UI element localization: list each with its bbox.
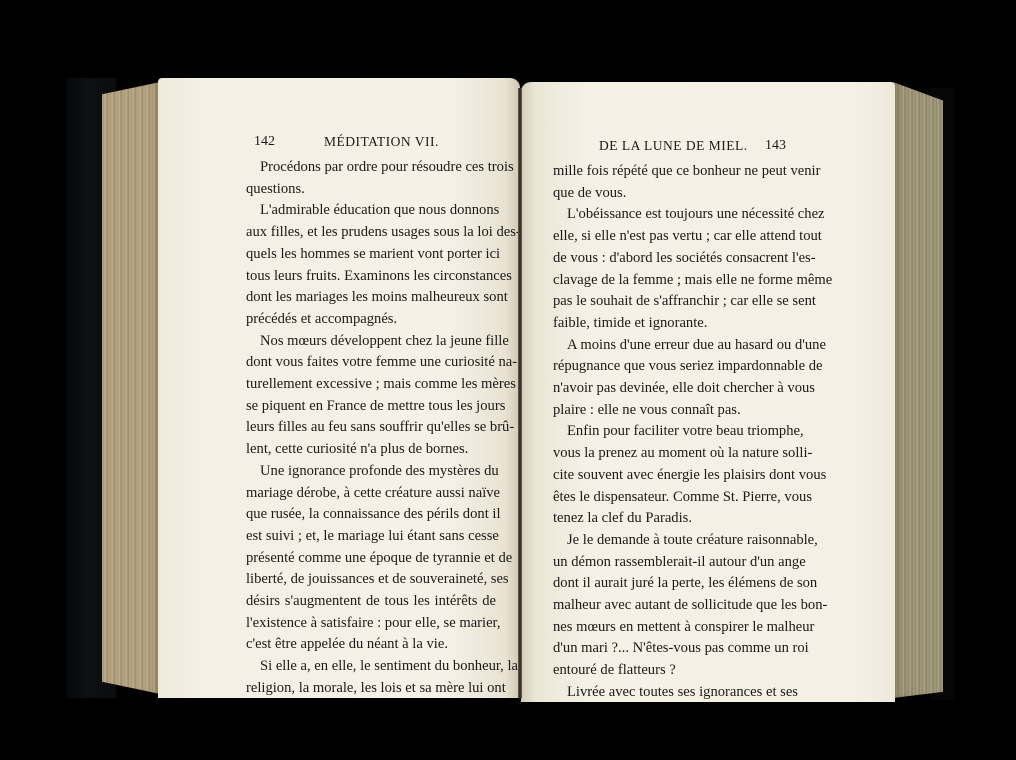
text-line: vous la prenez au moment où la nature so… bbox=[553, 443, 803, 465]
text-line: leurs filles au feu sans souffrir qu'ell… bbox=[246, 417, 496, 439]
text-line: dont les mariages les moins malheureux s… bbox=[246, 287, 496, 309]
text-line: tous leurs fruits. Examinons les circons… bbox=[246, 266, 496, 288]
left-page-text: Procédons par ordre pour résoudre ces tr… bbox=[246, 157, 496, 700]
text-line: Livrée avec toutes ses ignorances et ses bbox=[553, 682, 803, 704]
text-line: cite souvent avec énergie les plaisirs d… bbox=[553, 465, 803, 487]
gutter-fold bbox=[518, 88, 522, 698]
text-line: clavage de la femme ; mais elle ne forme… bbox=[553, 270, 803, 292]
text-line: d'un mari ?... N'êtes-vous pas comme un … bbox=[553, 638, 803, 660]
text-line: lent, cette curiosité n'a plus de bornes… bbox=[246, 439, 496, 461]
text-line: plaire : elle ne vous connaît pas. bbox=[553, 400, 803, 422]
paragraph: L'obéissance est toujours une nécessité … bbox=[553, 204, 803, 334]
text-line: Je le demande à toute créature raisonnab… bbox=[553, 530, 803, 552]
left-page: 142 MÉDITATION VII. Procédons par ordre … bbox=[158, 78, 520, 698]
text-line: L'admirable éducation que nous donnons bbox=[246, 200, 496, 222]
text-line: religion, la morale, les lois et sa mère… bbox=[246, 678, 496, 700]
text-line: tenez la clef du Paradis. bbox=[553, 508, 803, 530]
right-page-text: mille fois répété que ce bonheur ne peut… bbox=[553, 161, 803, 704]
text-line: entouré de flatteurs ? bbox=[553, 660, 803, 682]
page-edges-right bbox=[893, 82, 943, 698]
text-line: elle, si elle n'est pas vertu ; car elle… bbox=[553, 226, 803, 248]
text-line: dont il aurait juré la perte, les élémen… bbox=[553, 573, 803, 595]
text-line: nes mœurs en mettent à conspirer le malh… bbox=[553, 617, 803, 639]
running-head-left: MÉDITATION VII. bbox=[324, 134, 439, 150]
text-line: de vous : d'abord les sociétés consacren… bbox=[553, 248, 803, 270]
text-line: Si elle a, en elle, le sentiment du bonh… bbox=[246, 656, 496, 678]
text-line: êtes le dispensateur. Comme St. Pierre, … bbox=[553, 487, 803, 509]
paragraph: Nos mœurs développent chez la jeune fill… bbox=[246, 331, 496, 461]
text-line: L'obéissance est toujours une nécessité … bbox=[553, 204, 803, 226]
text-line: aux filles, et les prudens usages sous l… bbox=[246, 222, 496, 244]
paragraph: Si elle a, en elle, le sentiment du bonh… bbox=[246, 656, 496, 699]
text-line: se piquent en France de mettre tous les … bbox=[246, 396, 496, 418]
page-number-left: 142 bbox=[254, 134, 275, 150]
text-line: n'avoir pas devinée, elle doit chercher … bbox=[553, 378, 803, 400]
text-line: un démon rassemblerait-il autour d'un an… bbox=[553, 552, 803, 574]
text-line: précédés et accompagnés. bbox=[246, 309, 496, 331]
text-line: est suivi ; et, le mariage lui étant san… bbox=[246, 526, 496, 548]
text-line: dont vous faites votre femme une curiosi… bbox=[246, 352, 496, 374]
paragraph: mille fois répété que ce bonheur ne peut… bbox=[553, 161, 803, 204]
text-line: Nos mœurs développent chez la jeune fill… bbox=[246, 331, 496, 353]
paragraph: Je le demande à toute créature raisonnab… bbox=[553, 530, 803, 682]
text-line: turellement excessive ; mais comme les m… bbox=[246, 374, 496, 396]
text-line: faible, timide et ignorante. bbox=[553, 313, 803, 335]
text-line: mariage dérobe, à cette créature aussi n… bbox=[246, 483, 496, 505]
text-line: liberté, de jouissances et de souveraine… bbox=[246, 569, 496, 591]
paragraph: L'admirable éducation que nous donnonsau… bbox=[246, 200, 496, 330]
running-head-right: DE LA LUNE DE MIEL. bbox=[599, 138, 748, 154]
text-line: que de vous. bbox=[553, 183, 803, 205]
text-line: Procédons par ordre pour résoudre ces tr… bbox=[246, 157, 496, 179]
text-line: quels les hommes se marient vont porter … bbox=[246, 244, 496, 266]
paragraph: Procédons par ordre pour résoudre ces tr… bbox=[246, 157, 496, 200]
text-line: présenté comme une époque de tyrannie et… bbox=[246, 548, 496, 570]
text-line: questions. bbox=[246, 179, 496, 201]
text-line: Enfin pour faciliter votre beau triomphe… bbox=[553, 421, 803, 443]
right-page: DE LA LUNE DE MIEL. 143 mille fois répét… bbox=[521, 82, 895, 702]
text-line: malheur avec autant de sollicitude que l… bbox=[553, 595, 803, 617]
text-line: répugnance que vous seriez impardonnable… bbox=[553, 356, 803, 378]
text-line: Une ignorance profonde des mystères du bbox=[246, 461, 496, 483]
text-line: l'existence à satisfaire : pour elle, se… bbox=[246, 613, 496, 635]
text-line: A moins d'une erreur due au hasard ou d'… bbox=[553, 335, 803, 357]
paragraph: Enfin pour faciliter votre beau triomphe… bbox=[553, 421, 803, 530]
paragraph: A moins d'une erreur due au hasard ou d'… bbox=[553, 335, 803, 422]
paragraph: Livrée avec toutes ses ignorances et ses bbox=[553, 682, 803, 704]
text-line: que rusée, la connaissance des périls do… bbox=[246, 504, 496, 526]
page-number-right: 143 bbox=[765, 138, 786, 154]
text-line: pas le souhait de s'affranchir ; car ell… bbox=[553, 291, 803, 313]
page-edges-left bbox=[102, 82, 160, 694]
text-line: désirs s'augmentent de tous les intérêts… bbox=[246, 591, 496, 613]
text-line: mille fois répété que ce bonheur ne peut… bbox=[553, 161, 803, 183]
paragraph: Une ignorance profonde des mystères duma… bbox=[246, 461, 496, 656]
text-line: c'est être appelée du néant à la vie. bbox=[246, 634, 496, 656]
